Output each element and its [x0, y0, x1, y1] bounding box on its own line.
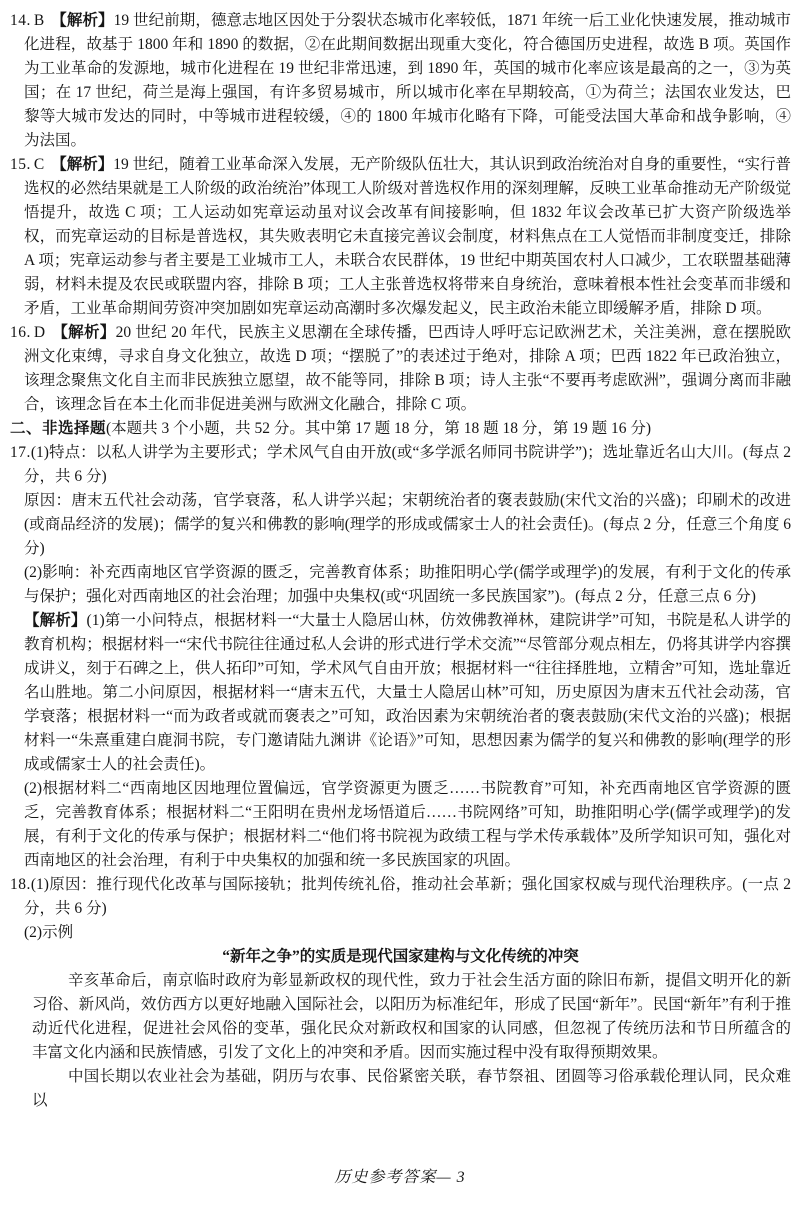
question-number: 18.	[10, 876, 31, 893]
analysis-tag: 【解析】	[51, 156, 113, 173]
analysis-tag: 【解析】	[24, 612, 87, 629]
analysis-tag: 【解析】	[51, 12, 113, 29]
answer-item-18-part1: 18.(1)原因：推行现代化改革与国际接轨；批判传统礼俗，推动社会革新；强化国家…	[10, 873, 791, 921]
q17-reasons: 原因：唐末五代社会动荡，官学衰落，私人讲学兴起；宋朝统治者的褒表鼓励(宋代文治的…	[24, 489, 791, 561]
answer-item-14: 14.B【解析】19 世纪前期，德意志地区因处于分裂状态城市化率较低，1871 …	[10, 9, 791, 153]
answer-letter: D	[31, 324, 52, 341]
q17-effects: (2)影响：补充西南地区官学资源的匮乏，完善教育体系；助推阳明心学(儒学或理学)…	[24, 561, 791, 609]
q17-features-text: (1)特点：以私人讲学为主要形式；学术风气自由开放(或“多学派名师同书院讲学”)…	[24, 444, 791, 485]
section-title: 二、非选择题	[10, 420, 106, 437]
q18-reasons-text: (1)原因：推行现代化改革与国际接轨；批判传统礼俗，推动社会革新；强化国家权威与…	[24, 876, 791, 917]
question-number: 17.	[10, 444, 31, 461]
question-number: 14.	[10, 12, 31, 29]
answer-item-16: 16.D【解析】20 世纪 20 年代，民族主义思潮在全球传播，巴西诗人呼吁忘记…	[10, 321, 791, 417]
q17-analysis-2: (2)根据材料二“西南地区因地理位置偏远，官学资源更为匮乏……书院教育”可知，补…	[24, 777, 791, 873]
analysis-text: 19 世纪，随着工业革命深入发展，无产阶级队伍壮大，其认识到政治统治对自身的重要…	[24, 156, 791, 317]
section-note: (本题共 3 个小题，共 52 分。其中第 17 题 18 分，第 18 题 1…	[106, 420, 651, 437]
q18-part2-label: (2)示例	[24, 921, 791, 945]
essay-paragraph-2: 中国长期以农业社会为基础，阴历与农事、民俗紧密关联，春节祭祖、团圆等习俗承载伦理…	[32, 1065, 791, 1113]
q17-analysis-1-text: (1)第一小问特点，根据材料一“大量士人隐居山林，仿效佛教禅林，建院讲学”可知，…	[24, 612, 791, 773]
q17-analysis-2-text: (2)根据材料二“西南地区因地理位置偏远，官学资源更为匮乏……书院教育”可知，补…	[24, 780, 791, 869]
essay-paragraph-1: 辛亥革命后，南京临时政府为彰显新政权的现代性，致力于社会生活方面的除旧布新，提倡…	[32, 969, 791, 1065]
page-footer: 历史参考答案— 3	[0, 1166, 800, 1190]
answer-sheet-page: 14.B【解析】19 世纪前期，德意志地区因处于分裂状态城市化率较低，1871 …	[0, 0, 800, 1209]
question-number: 15.	[10, 156, 31, 173]
q17-analysis-1: 【解析】(1)第一小问特点，根据材料一“大量士人隐居山林，仿效佛教禅林，建院讲学…	[24, 609, 791, 777]
answer-item-17-part1: 17.(1)特点：以私人讲学为主要形式；学术风气自由开放(或“多学派名师同书院讲…	[10, 441, 791, 489]
answer-item-15: 15.C【解析】19 世纪，随着工业革命深入发展，无产阶级队伍壮大，其认识到政治…	[10, 153, 791, 321]
analysis-text: 19 世纪前期，德意志地区因处于分裂状态城市化率较低，1871 年统一后工业化快…	[24, 12, 791, 149]
essay-title: “新年之争”的实质是现代国家建构与文化传统的冲突	[10, 945, 791, 969]
analysis-tag: 【解析】	[52, 324, 116, 341]
q17-reasons-text: 原因：唐末五代社会动荡，官学衰落，私人讲学兴起；宋朝统治者的褒表鼓励(宋代文治的…	[24, 492, 791, 557]
answer-letter: B	[31, 12, 51, 29]
analysis-text: 20 世纪 20 年代，民族主义思潮在全球传播，巴西诗人呼吁忘记欧洲艺术，关注美…	[24, 324, 791, 413]
q17-effects-text: (2)影响：补充西南地区官学资源的匮乏，完善教育体系；助推阳明心学(儒学或理学)…	[24, 564, 791, 605]
answer-letter: C	[31, 156, 51, 173]
section-2-header: 二、非选择题(本题共 3 个小题，共 52 分。其中第 17 题 18 分，第 …	[10, 417, 791, 441]
question-number: 16.	[10, 324, 31, 341]
